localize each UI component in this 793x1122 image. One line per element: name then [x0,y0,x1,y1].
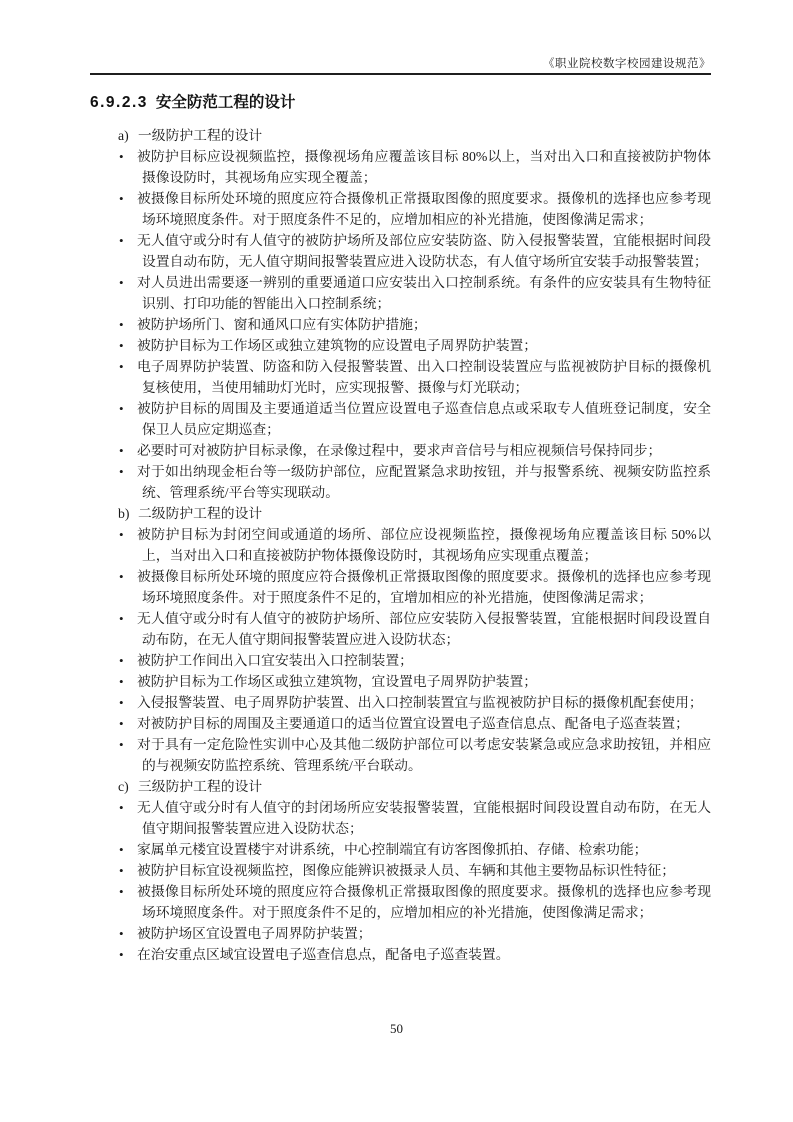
subsection-c-label: c) [118,776,129,797]
document-content: 6.9.2.3安全防范工程的设计 a) 一级防护工程的设计 被防护目标应设视频监… [90,92,711,965]
bullet-item: 无人值守或分时有人值守的被防护场所、部位应安装防入侵报警装置，宜能根据时间段设置… [90,608,711,650]
section-heading-title: 安全防范工程的设计 [156,94,296,111]
subsection-a-heading: a) 一级防护工程的设计 [90,125,711,146]
bullet-item: 对于如出纳现金柜台等一级防护部位，应配置紧急求助按钮，并与报警系统、视频安防监控… [90,461,711,503]
bullet-item: 被摄像目标所处环境的照度应符合摄像机正常摄取图像的照度要求。摄像机的选择也应参考… [90,566,711,608]
bullet-item: 家属单元楼宜设置楼宇对讲系统，中心控制端宜有访客图像抓拍、存储、检索功能； [90,839,711,860]
bullet-item: 被摄像目标所处环境的照度应符合摄像机正常摄取图像的照度要求。摄像机的选择也应参考… [90,881,711,923]
bullet-item: 被防护目标应设视频监控，摄像视场角应覆盖该目标 80%以上，当对出入口和直接被防… [90,146,711,188]
bullet-item: 必要时可对被防护目标录像，在录像过程中，要求声音信号与相应视频信号保持同步； [90,440,711,461]
subsection-c-title: 三级防护工程的设计 [138,779,262,794]
subsection-a-list: 被防护目标应设视频监控，摄像视场角应覆盖该目标 80%以上，当对出入口和直接被防… [90,146,711,503]
page-number: 50 [0,1020,793,1038]
header-rule [90,73,711,75]
bullet-item: 无人值守或分时有人值守的封闭场所应安装报警装置，宜能根据时间段设置自动布防，在无… [90,797,711,839]
bullet-item: 无人值守或分时有人值守的被防护场所及部位应安装防盗、防入侵报警装置，宜能根据时间… [90,230,711,272]
section-heading-number: 6.9.2.3 [90,94,148,111]
bullet-item: 被防护目标宜设视频监控，图像应能辨识被摄录人员、车辆和其他主要物品标识性特征； [90,860,711,881]
subsection-c-heading: c) 三级防护工程的设计 [90,776,711,797]
subsection-b-list: 被防护目标为封闭空间或通道的场所、部位应设视频监控，摄像视场角应覆盖该目标 50… [90,524,711,776]
bullet-item: 被摄像目标所处环境的照度应符合摄像机正常摄取图像的照度要求。摄像机的选择也应参考… [90,188,711,230]
running-header: 《职业院校数字校园建设规范》 [90,56,711,72]
subsection-b-title: 二级防护工程的设计 [138,506,262,521]
bullet-item: 入侵报警装置、电子周界防护装置、出入口控制装置宜与监视被防护目标的摄像机配套使用… [90,692,711,713]
bullet-item: 对于具有一定危险性实训中心及其他二级防护部位可以考虑安装紧急或应急求助按钮，并相… [90,734,711,776]
bullet-item: 被防护目标的周围及主要通道适当位置应设置电子巡查信息点或采取专人值班登记制度，安… [90,398,711,440]
bullet-item: 对人员进出需要逐一辨别的重要通道口应安装出入口控制系统。有条件的应安装具有生物特… [90,272,711,314]
document-page: 《职业院校数字校园建设规范》 6.9.2.3安全防范工程的设计 a) 一级防护工… [0,0,793,1122]
bullet-item: 在治安重点区域宜设置电子巡查信息点，配备电子巡查装置。 [90,944,711,965]
bullet-item: 电子周界防护装置、防盗和防入侵报警装置、出入口控制设装置应与监视被防护目标的摄像… [90,356,711,398]
bullet-item: 被防护目标为工作场区或独立建筑物的应设置电子周界防护装置； [90,335,711,356]
subsection-c-list: 无人值守或分时有人值守的封闭场所应安装报警装置，宜能根据时间段设置自动布防，在无… [90,797,711,965]
section-heading: 6.9.2.3安全防范工程的设计 [90,92,711,114]
bullet-item: 被防护场区宜设置电子周界防护装置； [90,923,711,944]
bullet-item: 被防护工作间出入口宜安装出入口控制装置； [90,650,711,671]
bullet-item: 被防护目标为封闭空间或通道的场所、部位应设视频监控，摄像视场角应覆盖该目标 50… [90,524,711,566]
subsection-b-label: b) [118,503,130,524]
subsection-a-label: a) [118,125,129,146]
bullet-item: 对被防护目标的周围及主要通道口的适当位置宜设置电子巡查信息点、配备电子巡查装置； [90,713,711,734]
subsection-a-title: 一级防护工程的设计 [138,128,262,143]
bullet-item: 被防护目标为工作场区或独立建筑物，宜设置电子周界防护装置； [90,671,711,692]
bullet-item: 被防护场所门、窗和通风口应有实体防护措施； [90,314,711,335]
subsection-b-heading: b) 二级防护工程的设计 [90,503,711,524]
